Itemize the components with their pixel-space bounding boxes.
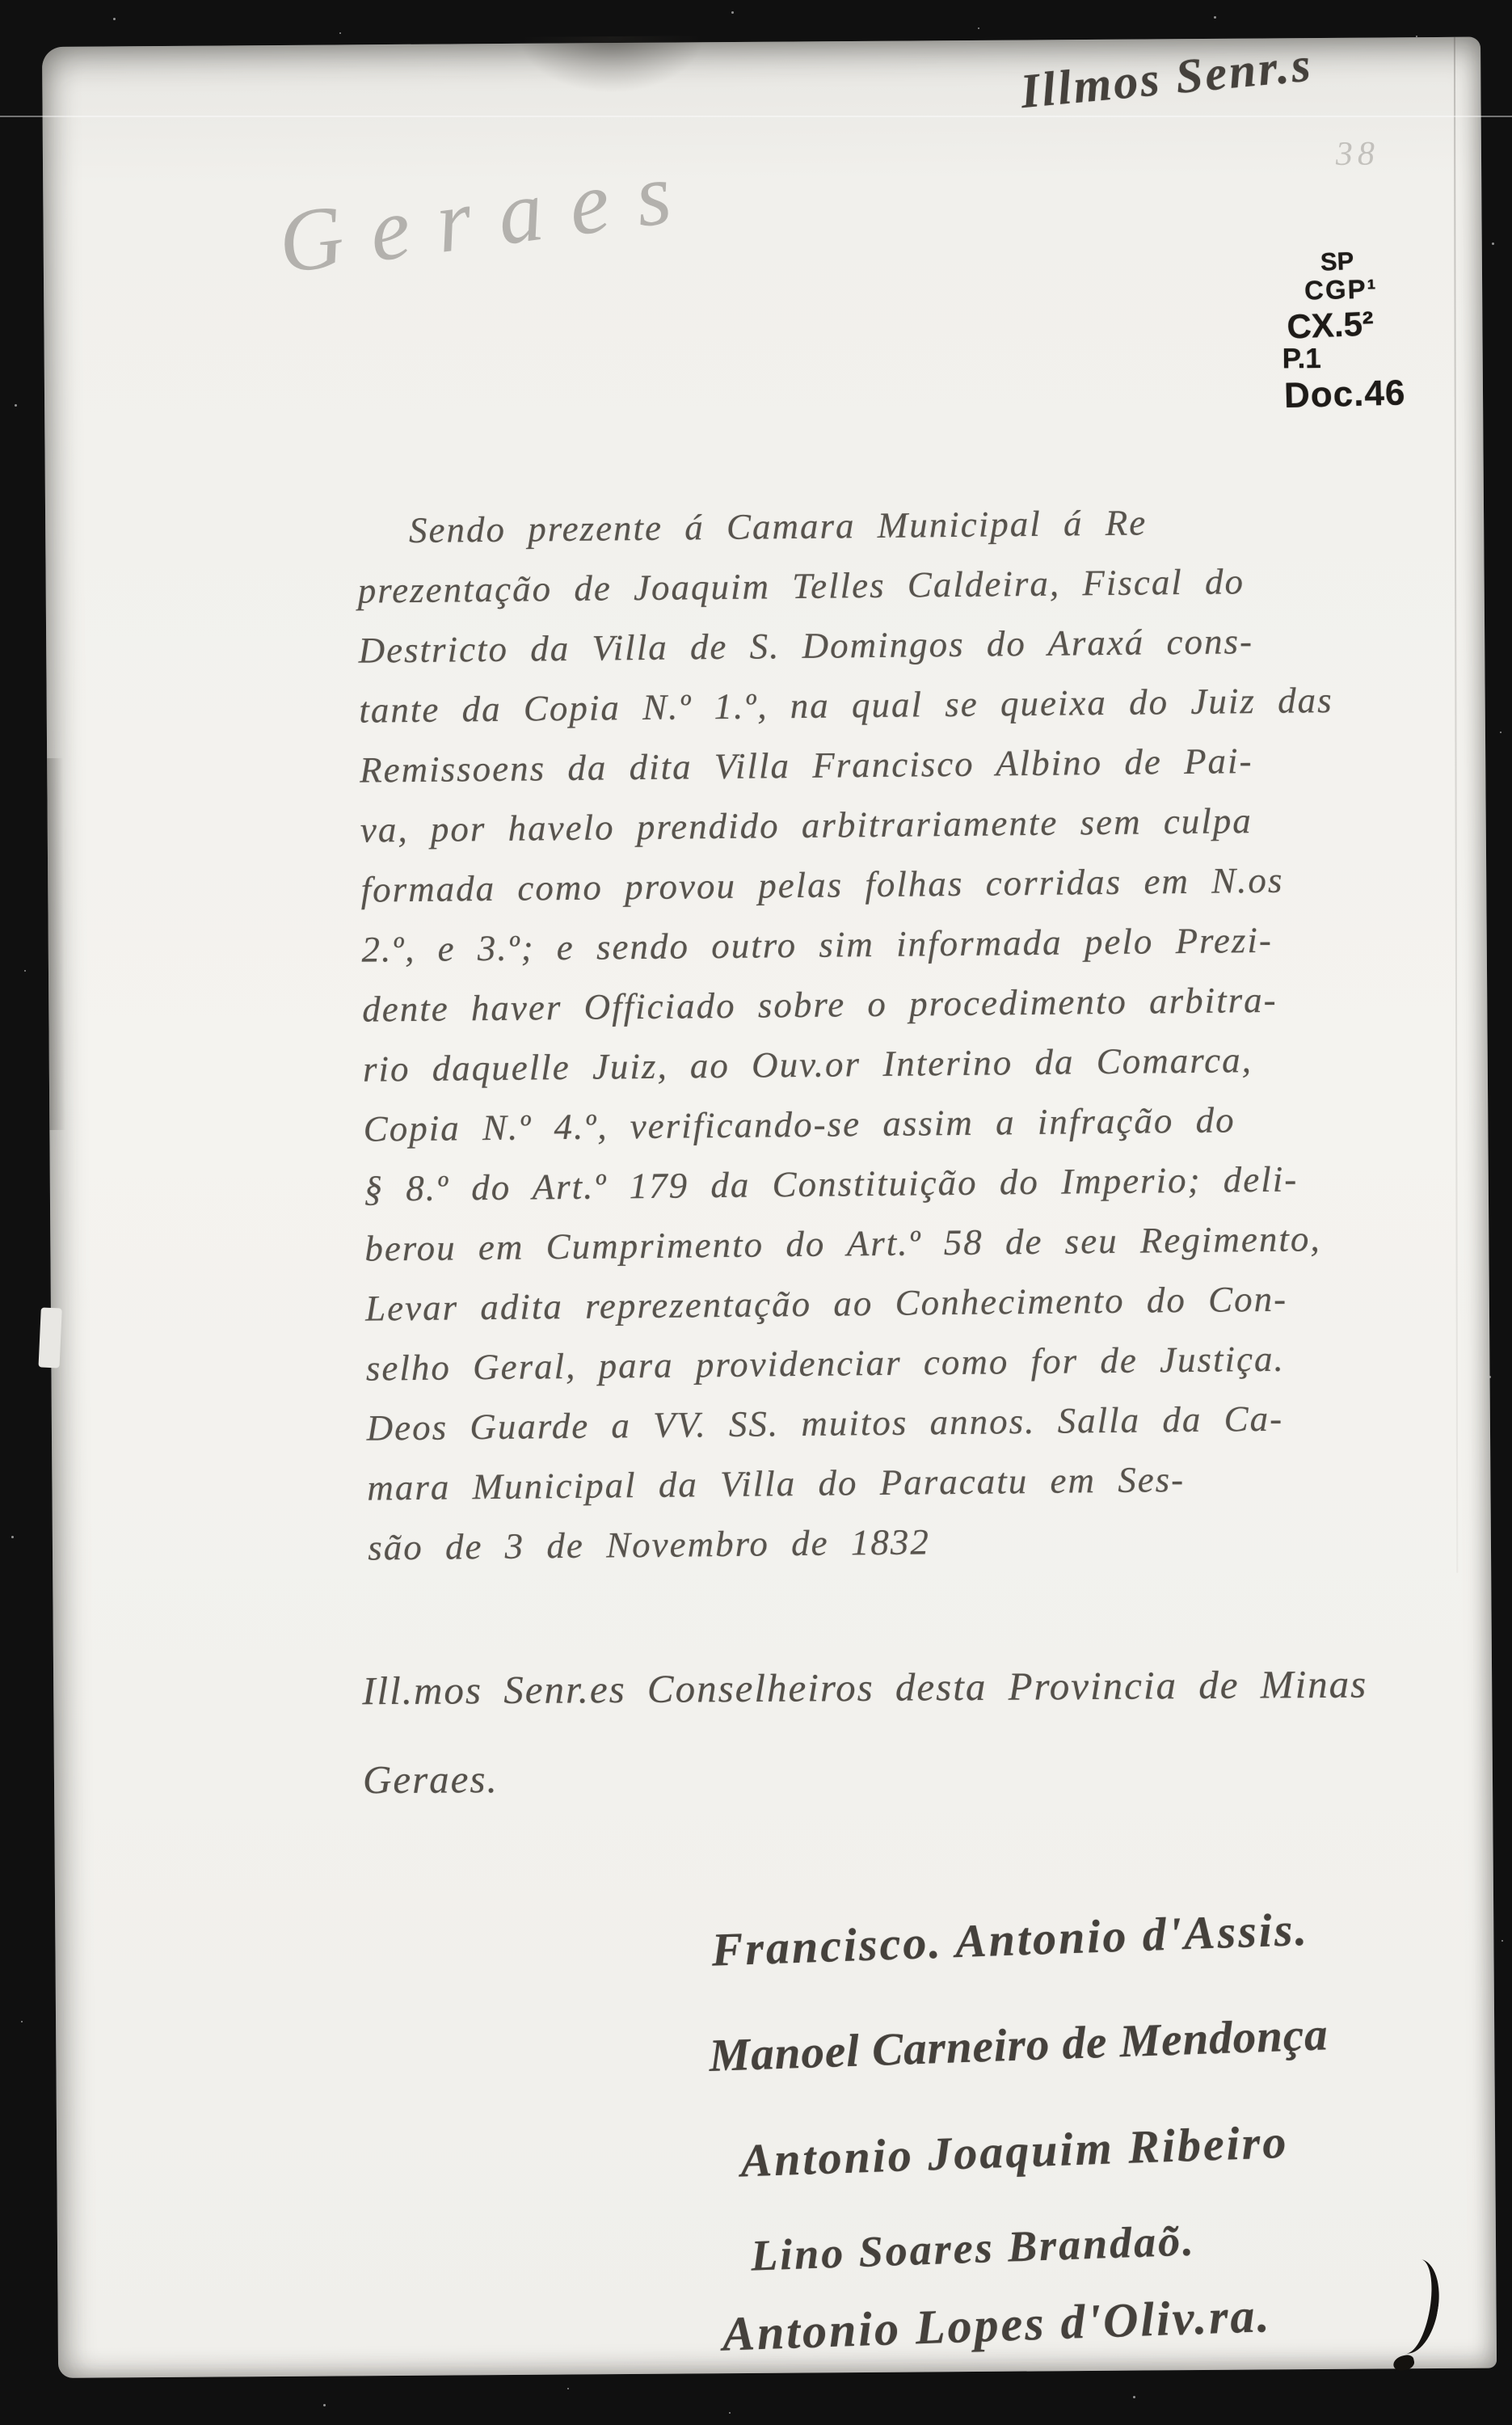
address-line: Ill.mos Senr.es Conselheiros desta Provi… — [362, 1640, 1368, 1736]
signature: Lino Soares Brandaõ. — [750, 2215, 1196, 2280]
letter-line: tante da Copia N.º 1.º, na qual se queix… — [359, 668, 1467, 740]
manuscript-page: Illmos Senr.s Geraes 38 SP CGP¹ CX.5² P.… — [42, 37, 1497, 2378]
letter-line: rio daquelle Juiz, ao Ouv.or Interino da… — [363, 1027, 1471, 1099]
letter-line: dente haver Officiado sobre o procedimen… — [362, 968, 1470, 1039]
signature: Manoel Carneiro de Mendonça — [708, 2008, 1329, 2082]
letter-body: Sendo prezente á Camara Municipal á Re p… — [357, 489, 1476, 1577]
letter-line: Deos Guarde a VV. SS. muitos annos. Sall… — [366, 1386, 1474, 1457]
noise-speckle — [21, 2021, 23, 2022]
archive-stamp-line: P.1 — [1282, 342, 1452, 375]
letter-line: prezentação de Joaquim Telles Caldeira, … — [357, 549, 1465, 620]
noise-speckle — [24, 970, 26, 972]
address-block: Ill.mos Senr.es Conselheiros desta Provi… — [362, 1640, 1369, 1825]
noise-speckle — [1492, 242, 1494, 245]
letter-line: Sendo prezente á Camara Municipal á Re — [357, 489, 1465, 560]
noise-speckle — [729, 2412, 731, 2414]
paper-edge-tab — [38, 1307, 61, 1368]
ink-blot — [1380, 2255, 1446, 2358]
noise-speckle — [113, 18, 116, 20]
letter-line: Copia N.º 4.º, verificando-se assim a in… — [363, 1087, 1471, 1158]
archive-stamp-line: CX.5² — [1287, 301, 1453, 346]
noise-speckle — [731, 11, 734, 14]
signature: Antonio Joaquim Ribeiro — [739, 2115, 1289, 2188]
letter-line: § 8.º do Art.º 179 da Constituição do Im… — [364, 1147, 1472, 1218]
noise-speckle — [978, 27, 979, 29]
letter-line: va, por havelo prendido arbitrariamente … — [360, 788, 1468, 859]
scan-scratch-artifact — [0, 116, 1512, 117]
archive-stamp-line: SP — [1320, 243, 1451, 276]
letter-line: 2.º, e 3.º; e sendo outro sim informada … — [361, 908, 1469, 979]
scan-background: Illmos Senr.s Geraes 38 SP CGP¹ CX.5² P.… — [0, 0, 1512, 2425]
noise-speckle — [339, 32, 341, 34]
salutation-top: Illmos Senr.s — [1018, 36, 1315, 120]
noise-speckle — [15, 404, 17, 407]
archive-stamp-line: Doc.46 — [1283, 372, 1452, 415]
letter-line: Levar adita reprezentação ao Conheciment… — [365, 1267, 1473, 1338]
letter-line: são de 3 de Novembro de 1832 — [368, 1506, 1476, 1577]
letter-line: berou em Cumprimento do Art.º 58 de seu … — [364, 1207, 1472, 1278]
paper-edge-smudge — [47, 758, 65, 1130]
noise-speckle — [323, 2404, 326, 2406]
paper-top-shading — [519, 36, 705, 94]
letter-line: Destricto da Villa de S. Domingos do Ara… — [358, 609, 1466, 680]
noise-speckle — [1500, 732, 1501, 733]
pencil-page-number: 38 — [1336, 134, 1379, 173]
archive-reference-stamp: SP CGP¹ CX.5² P.1 Doc.46 — [1274, 246, 1452, 415]
letter-line: mara Municipal da Villa do Paracatu em S… — [367, 1446, 1475, 1517]
noise-speckle — [567, 2388, 569, 2389]
archive-stamp-line: CGP¹ — [1304, 272, 1452, 306]
letter-line: Remissoens da dita Villa Francisco Albin… — [360, 728, 1468, 799]
noise-speckle — [11, 1536, 14, 1538]
noise-speckle — [1214, 16, 1216, 19]
signature: Francisco. Antonio d'Assis. — [710, 1902, 1309, 1977]
noise-speckle — [1133, 2396, 1135, 2398]
pencil-annotation: Geraes — [272, 138, 704, 294]
letter-line: formada como provou pelas folhas corrida… — [360, 848, 1468, 919]
address-line: Geraes. — [363, 1729, 1369, 1825]
ink-blot-drip — [1392, 2354, 1415, 2372]
signature: Antonio Lopes d'Oliv.ra. — [722, 2288, 1273, 2363]
letter-line: selho Geral, para providenciar como for … — [365, 1326, 1473, 1398]
noise-speckle — [1501, 1940, 1503, 1942]
